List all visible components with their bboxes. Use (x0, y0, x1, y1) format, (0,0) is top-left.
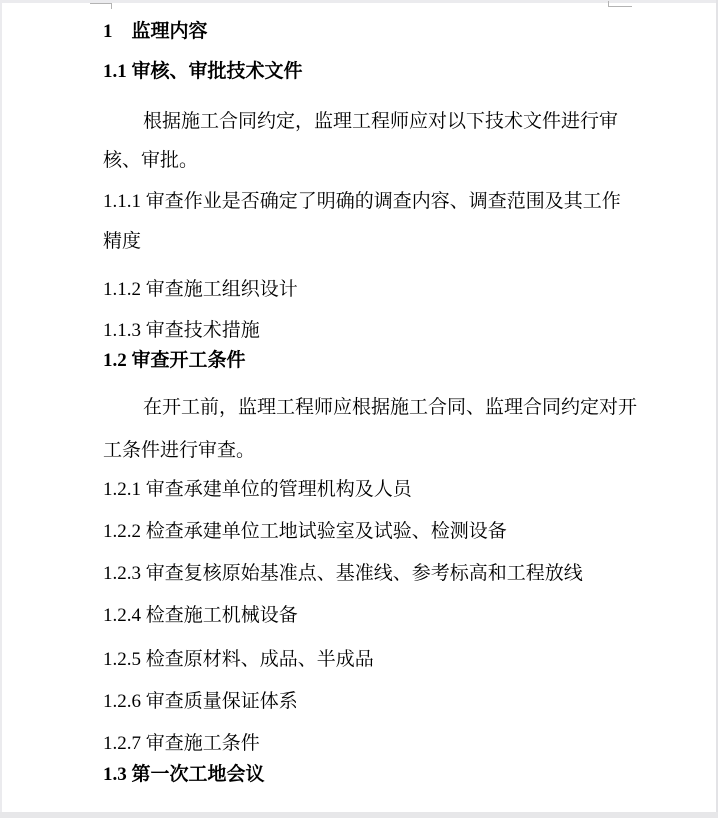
page-bottom-edge (0, 812, 718, 818)
paragraph-line: 核、审批。 (103, 151, 198, 170)
paragraph-line: 在开工前，监理工程师应根据施工合同、监理合同约定对开 (143, 398, 637, 417)
list-item-1-2-3: 1.2.3 审查复核原始基准点、基准线、参考标高和工程放线 (103, 564, 583, 583)
list-item-1-2-4: 1.2.4 检查施工机械设备 (103, 606, 298, 625)
paragraph-line: 工条件进行审查。 (103, 441, 255, 460)
list-item-1-2-2: 1.2.2 检查承建单位工地试验室及试验、检测设备 (103, 522, 507, 541)
section-heading-1: 1 监理内容 (103, 22, 208, 41)
list-item-1-1-3: 1.1.3 审查技术措施 (103, 321, 260, 340)
list-item-1-2-1: 1.2.1 审查承建单位的管理机构及人员 (103, 480, 412, 499)
subsection-heading-1-2: 1.2 审查开工条件 (103, 351, 246, 370)
list-item-1-2-7: 1.2.7 审查施工条件 (103, 734, 260, 753)
crop-mark-top-right (608, 1, 632, 7)
paragraph-line: 根据施工合同约定，监理工程师应对以下技术文件进行审 (143, 112, 618, 131)
list-item-1-1-2: 1.1.2 审查施工组织设计 (103, 280, 298, 299)
subsection-heading-1-3: 1.3 第一次工地会议 (103, 765, 265, 784)
list-item-1-2-5: 1.2.5 检查原材料、成品、半成品 (103, 650, 374, 669)
list-item-continuation: 精度 (103, 232, 141, 251)
document-page: { "colors": { "page_background": "#fffff… (0, 0, 718, 818)
list-item-1-1-1: 1.1.1 审查作业是否确定了明确的调查内容、调查范围及其工作 (103, 192, 621, 211)
crop-mark-top-left (90, 3, 112, 9)
subsection-heading-1-1: 1.1 审核、审批技术文件 (103, 62, 303, 81)
page-left-edge (0, 0, 2, 818)
list-item-1-2-6: 1.2.6 审查质量保证体系 (103, 692, 298, 711)
